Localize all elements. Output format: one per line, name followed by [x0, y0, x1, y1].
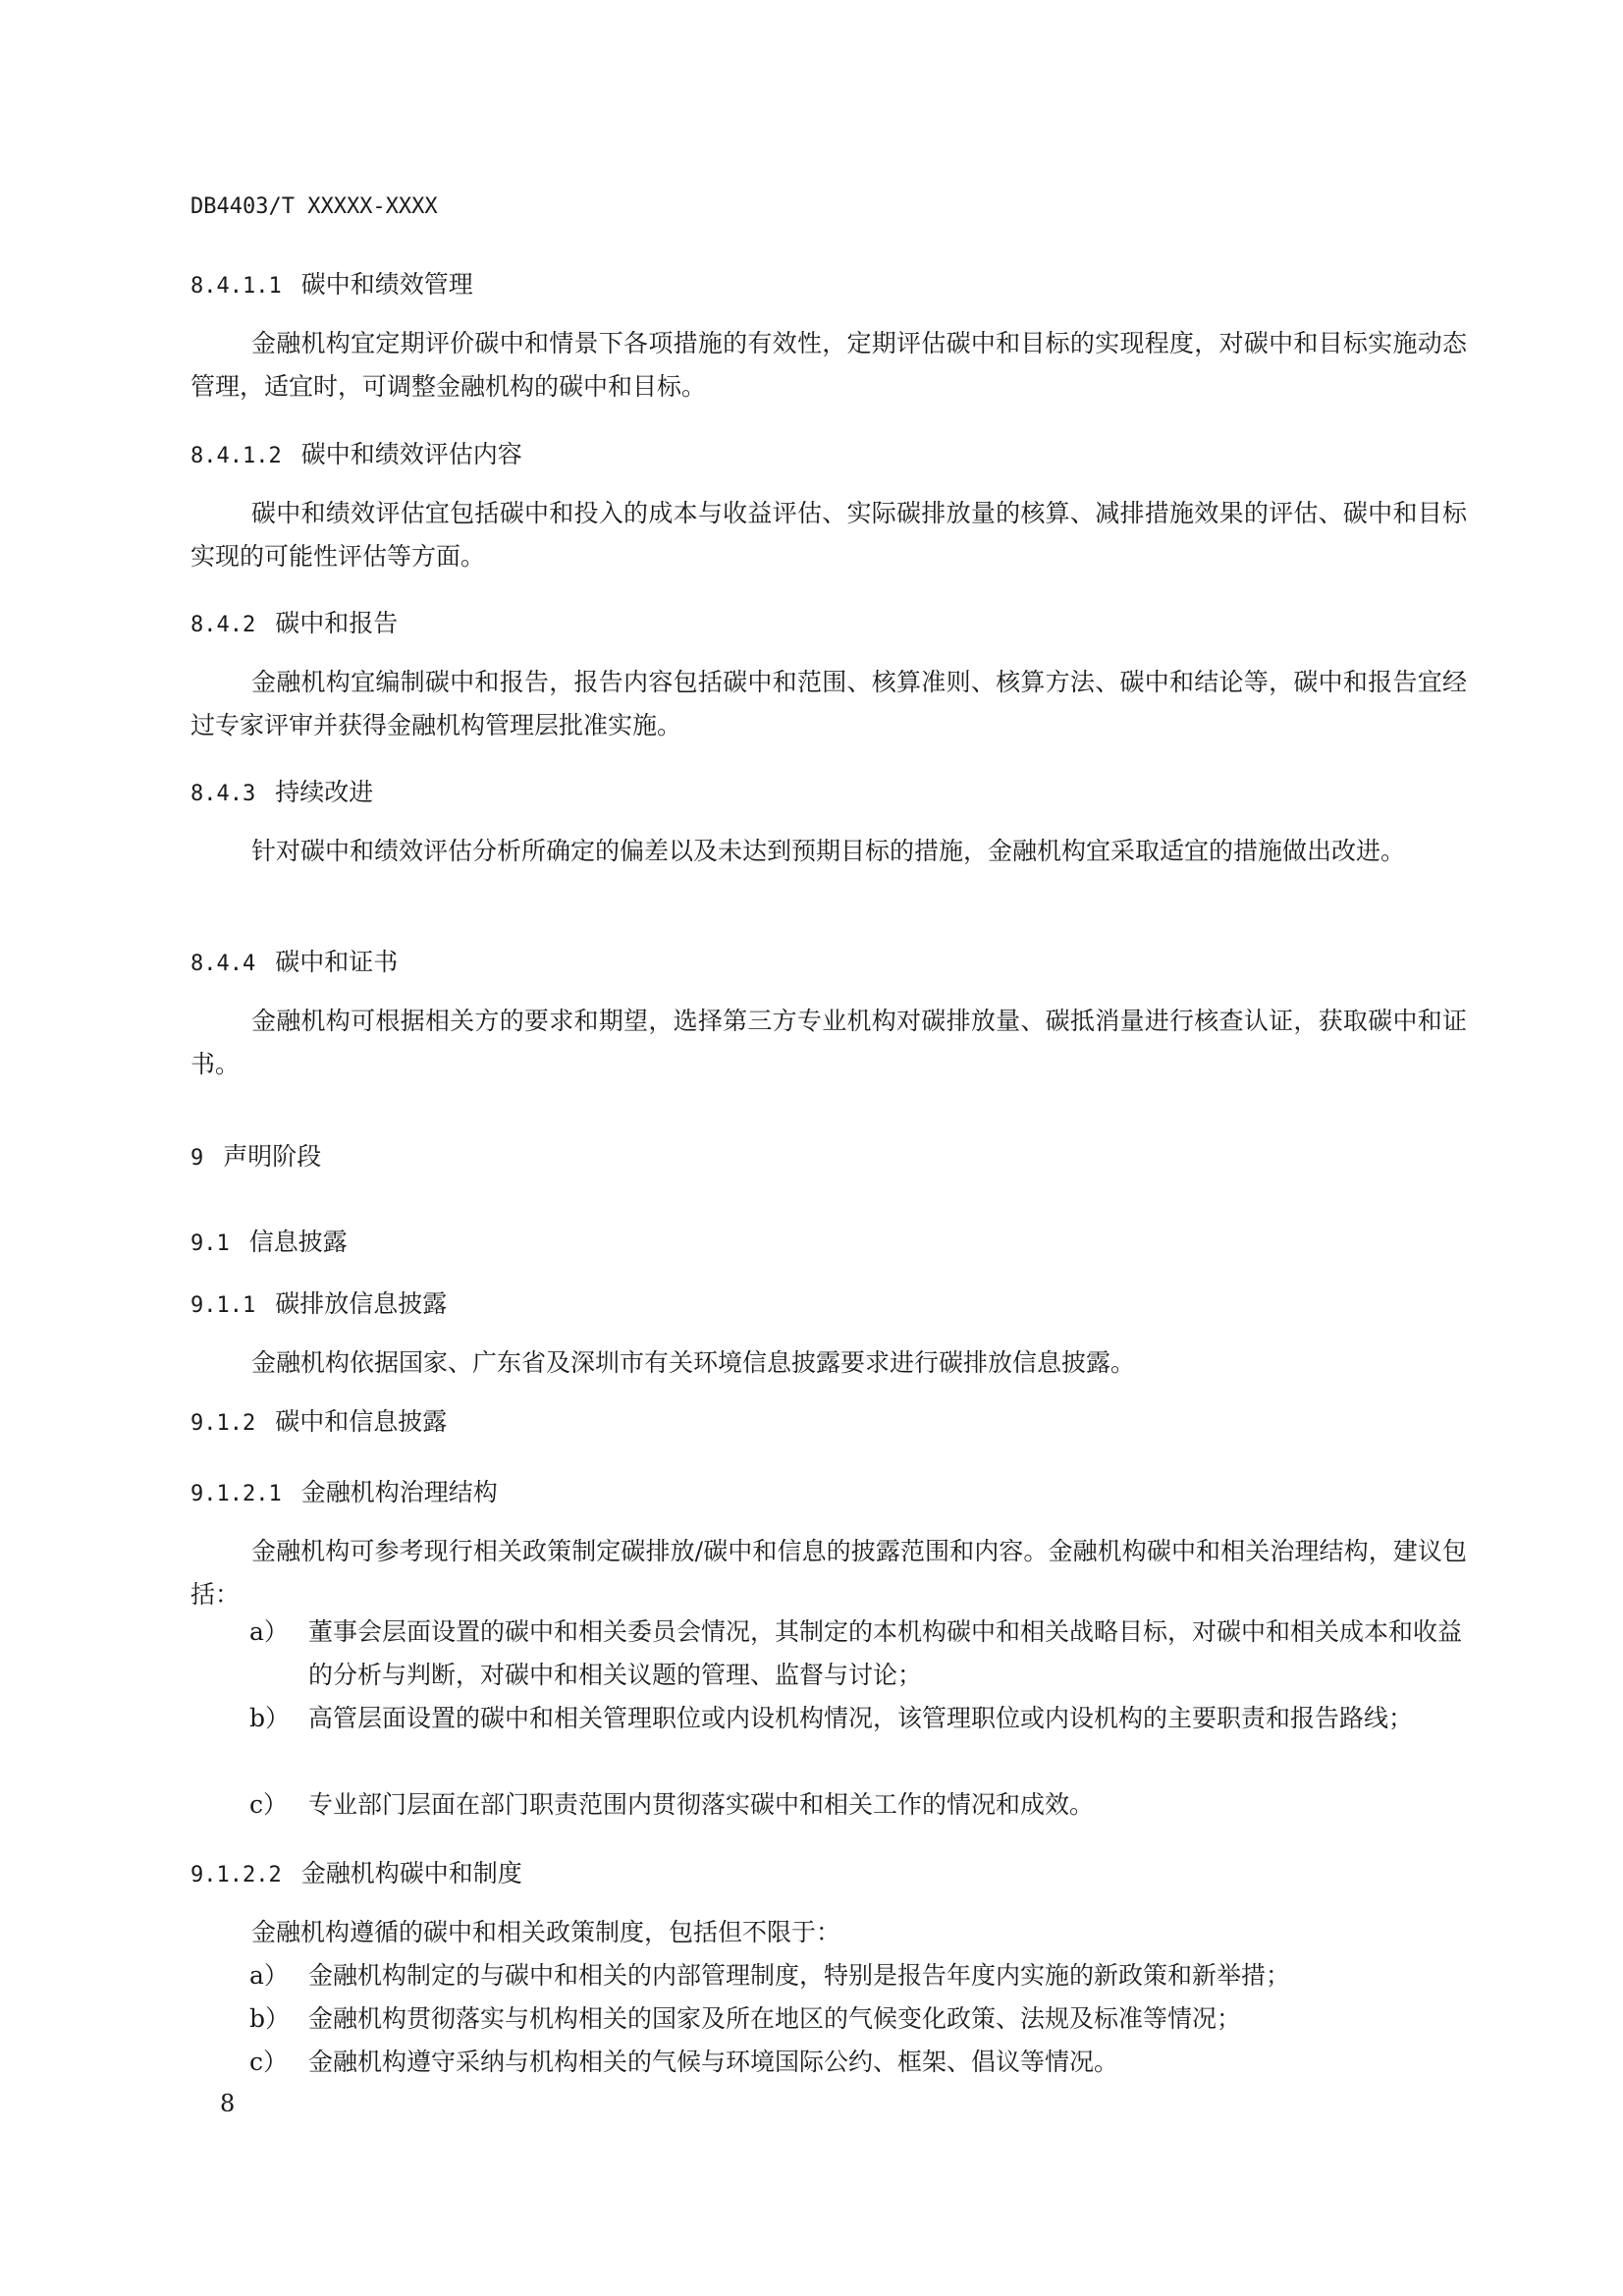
section-heading-8-4-3: 8.4.3持续改进 — [190, 773, 373, 808]
list-marker: c） — [249, 1783, 288, 1827]
section-heading-9: 9声明阶段 — [190, 1137, 321, 1173]
list-item: b） 高管层面设置的碳中和相关管理职位或内设机构情况，该管理职位或内设机构的主要… — [249, 1697, 1467, 1740]
section-heading-9-1-2-1: 9.1.2.1金融机构治理结构 — [190, 1473, 498, 1508]
section-title: 信息披露 — [249, 1228, 348, 1256]
section-number: 8.4.1.1 — [190, 274, 282, 299]
list-item-text: 高管层面设置的碳中和相关管理职位或内设机构情况，该管理职位或内设机构的主要职责和… — [308, 1704, 1413, 1732]
section-title: 金融机构碳中和制度 — [301, 1859, 522, 1887]
section-title: 碳中和报告 — [275, 609, 398, 637]
section-title: 金融机构治理结构 — [301, 1478, 498, 1506]
section-title: 持续改进 — [275, 778, 373, 806]
section-title: 碳排放信息披露 — [275, 1289, 447, 1318]
section-title: 碳中和信息披露 — [275, 1407, 447, 1436]
page-number: 8 — [220, 2090, 235, 2117]
section-heading-9-1-1: 9.1.1碳排放信息披露 — [190, 1285, 447, 1320]
section-heading-8-4-2: 8.4.2碳中和报告 — [190, 604, 398, 639]
paragraph: 金融机构宜定期评价碳中和情景下各项措施的有效性，定期评估碳中和目标的实现程度，对… — [190, 322, 1467, 409]
list-item-text: 金融机构制定的与碳中和相关的内部管理制度，特别是报告年度内实施的新政策和新举措； — [308, 1961, 1290, 1990]
section-title: 声明阶段 — [223, 1142, 321, 1171]
list-marker: a） — [249, 1954, 289, 1997]
section-number: 9 — [190, 1146, 203, 1171]
section-title: 碳中和绩效管理 — [301, 270, 473, 299]
list-marker: b） — [249, 1997, 290, 2041]
paragraph: 针对碳中和绩效评估分析所确定的偏差以及未达到预期目标的措施，金融机构宜采取适宜的… — [190, 830, 1467, 873]
section-heading-9-1: 9.1信息披露 — [190, 1223, 348, 1258]
list-marker: b） — [249, 1697, 290, 1740]
section-title: 碳中和绩效评估内容 — [301, 440, 522, 468]
section-heading-9-1-2: 9.1.2碳中和信息披露 — [190, 1402, 447, 1438]
list-marker: c） — [249, 2041, 288, 2084]
list-item: c） 专业部门层面在部门职责范围内贯彻落实碳中和相关工作的情况和成效。 — [249, 1783, 1467, 1827]
paragraph: 金融机构宜编制碳中和报告，报告内容包括碳中和范围、核算准则、核算方法、碳中和结论… — [190, 661, 1467, 747]
document-page: DB4403/T XXXXX-XXXX 8.4.1.1碳中和绩效管理 金融机构宜… — [0, 0, 1623, 2296]
section-title: 碳中和证书 — [275, 948, 398, 976]
list-item: b） 金融机构贯彻落实与机构相关的国家及所在地区的气候变化政策、法规及标准等情况… — [249, 1997, 1467, 2041]
paragraph: 金融机构可根据相关方的要求和期望，选择第三方专业机构对碳排放量、碳抵消量进行核查… — [190, 1000, 1467, 1086]
paragraph: 碳中和绩效评估宜包括碳中和投入的成本与收益评估、实际碳排放量的核算、减排措施效果… — [190, 492, 1467, 578]
section-number: 9.1.1 — [190, 1293, 255, 1318]
section-heading-8-4-4: 8.4.4碳中和证书 — [190, 943, 398, 978]
section-heading-9-1-2-2: 9.1.2.2金融机构碳中和制度 — [190, 1854, 522, 1889]
list-item: a） 董事会层面设置的碳中和相关委员会情况，其制定的本机构碳中和相关战略目标，对… — [249, 1611, 1467, 1697]
section-number: 8.4.1.2 — [190, 444, 282, 468]
section-number: 8.4.4 — [190, 952, 255, 976]
list-item: a） 金融机构制定的与碳中和相关的内部管理制度，特别是报告年度内实施的新政策和新… — [249, 1954, 1467, 1997]
section-number: 9.1.2.1 — [190, 1482, 282, 1506]
section-number: 9.1.2.2 — [190, 1863, 282, 1887]
section-number: 8.4.3 — [190, 782, 255, 806]
paragraph: 金融机构依据国家、广东省及深圳市有关环境信息披露要求进行碳排放信息披露。 — [190, 1341, 1467, 1385]
section-number: 8.4.2 — [190, 613, 255, 637]
list-marker: a） — [249, 1611, 289, 1654]
section-number: 9.1.2 — [190, 1411, 255, 1436]
list-item-text: 董事会层面设置的碳中和相关委员会情况，其制定的本机构碳中和相关战略目标，对碳中和… — [308, 1617, 1462, 1689]
list-item: c） 金融机构遵守采纳与机构相关的气候与环境国际公约、框架、倡议等情况。 — [249, 2041, 1467, 2084]
list-item-text: 金融机构遵守采纳与机构相关的气候与环境国际公约、框架、倡议等情况。 — [308, 2048, 1118, 2076]
section-heading-8-4-1-2: 8.4.1.2碳中和绩效评估内容 — [190, 435, 522, 470]
paragraph: 金融机构遵循的碳中和相关政策制度，包括但不限于： — [190, 1911, 1467, 1954]
paragraph: 金融机构可参考现行相关政策制定碳排放/碳中和信息的披露范围和内容。金融机构碳中和… — [190, 1530, 1467, 1616]
section-heading-8-4-1-1: 8.4.1.1碳中和绩效管理 — [190, 265, 473, 301]
standard-code-header: DB4403/T XXXXX-XXXX — [190, 194, 438, 219]
section-number: 9.1 — [190, 1231, 230, 1256]
list-item-text: 金融机构贯彻落实与机构相关的国家及所在地区的气候变化政策、法规及标准等情况； — [308, 2004, 1241, 2033]
list-item-text: 专业部门层面在部门职责范围内贯彻落实碳中和相关工作的情况和成效。 — [308, 1790, 1094, 1819]
